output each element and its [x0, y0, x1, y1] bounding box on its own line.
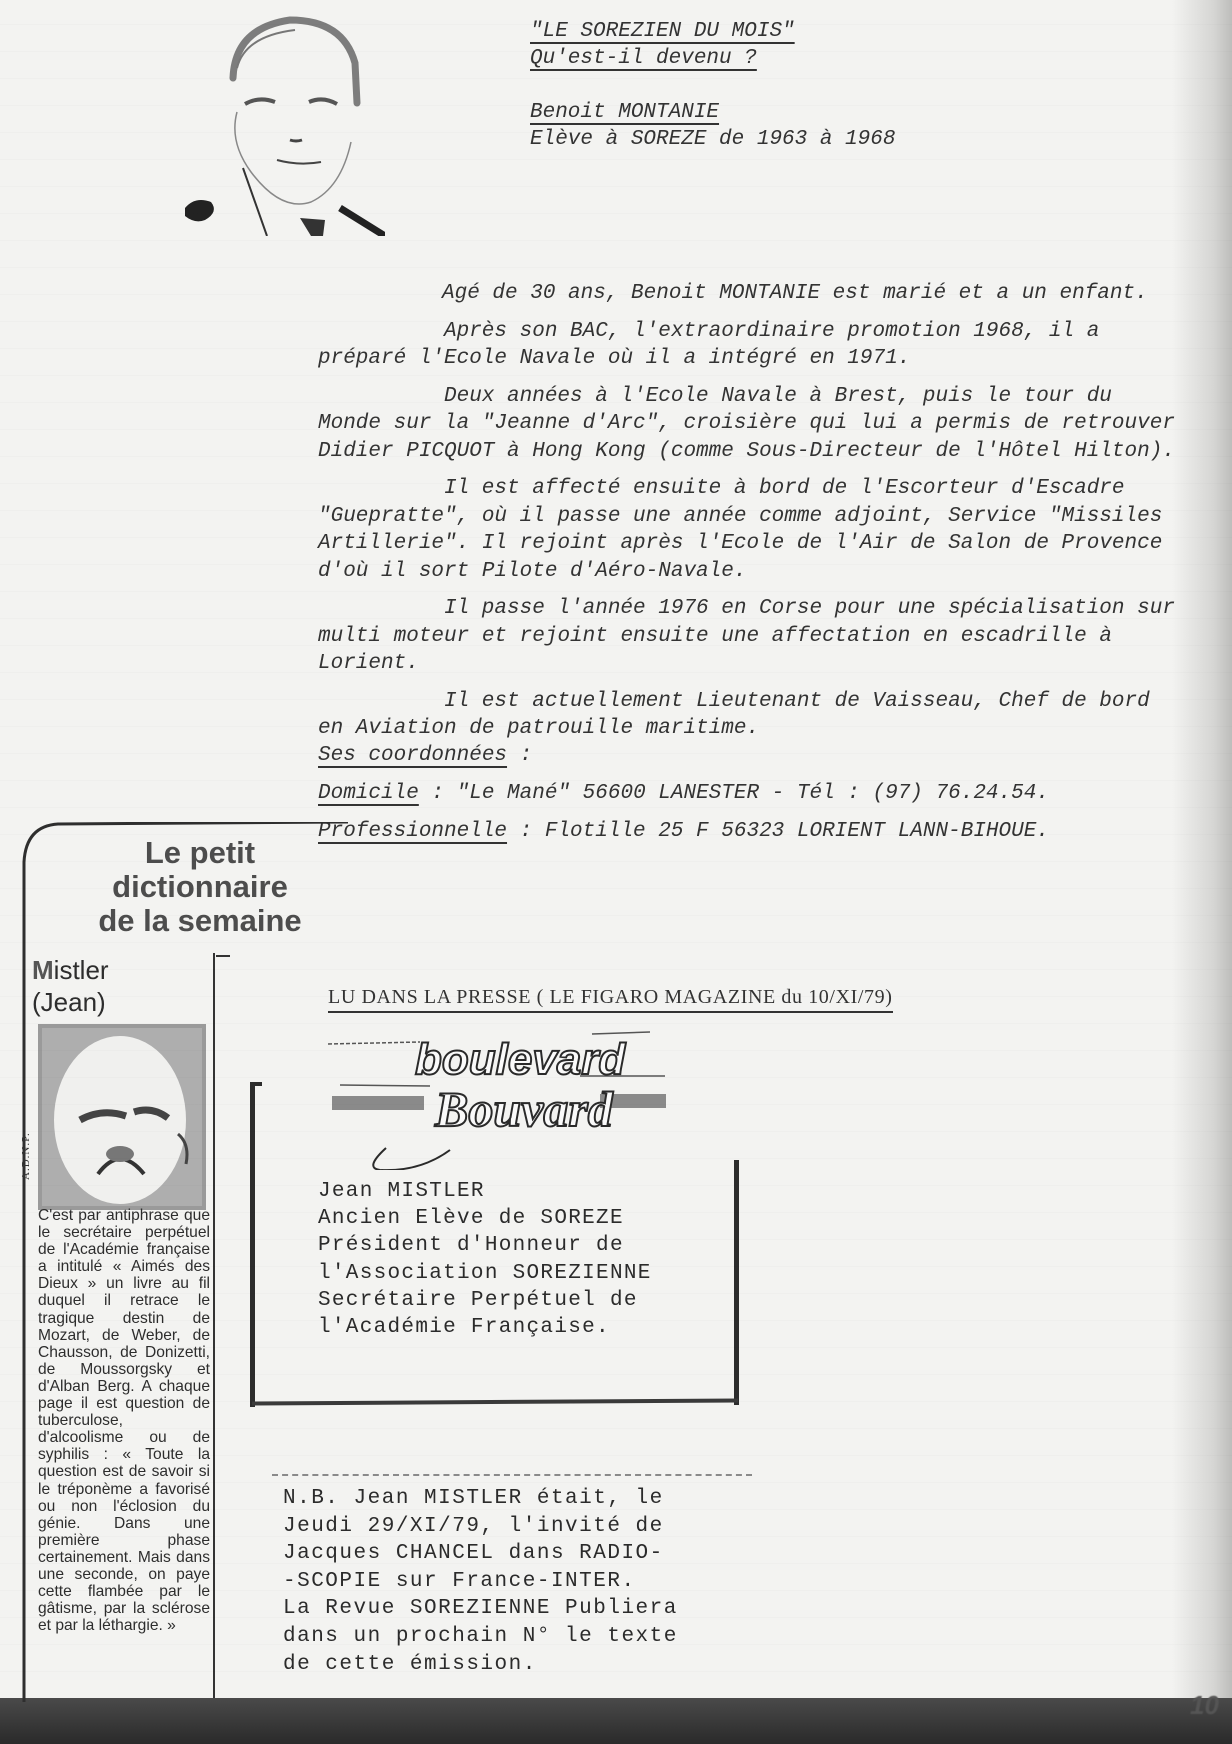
article-body: Agé de 30 ans, Benoit MONTANIE est marié…: [318, 280, 1178, 753]
column-rule: [213, 953, 215, 1698]
column-title: "LE SOREZIEN DU MOIS": [530, 18, 895, 45]
clipping-title-line: de la semaine: [40, 904, 360, 938]
photo-credit: A.D.N.P.: [20, 1132, 32, 1180]
portrait-photo: [185, 8, 385, 236]
note-line: dans un prochain N° le texte: [283, 1623, 678, 1651]
coordinates-heading: Ses coordonnées :: [318, 742, 1178, 769]
quote-box-left-border: [250, 1082, 255, 1407]
title-line: Ancien Elève de SOREZE: [318, 1205, 652, 1232]
work-address: Professionnelle : Flotille 25 F 56323 LO…: [318, 818, 1178, 845]
entry-initial: M: [32, 955, 54, 985]
entry-first-name: (Jean): [32, 986, 109, 1018]
person-years: Elève à SOREZE de 1963 à 1968: [530, 126, 895, 153]
note-line: La Revue SOREZIENNE Publiera: [283, 1595, 678, 1623]
coordinates-colon: :: [507, 744, 532, 767]
work-value: : Flotille 25 F 56323 LORIENT LANN-BIHOU…: [507, 820, 1049, 843]
article-paragraph: Deux années à l'Ecole Navale à Brest, pu…: [318, 383, 1178, 466]
note-line: Jeudi 29/XI/79, l'invité de: [283, 1513, 678, 1541]
mistler-photo: [38, 1024, 206, 1210]
article-paragraph: Agé de 30 ans, Benoit MONTANIE est marié…: [318, 280, 1178, 308]
entry-surname: istler: [54, 955, 109, 985]
title-line: Secrétaire Perpétuel de: [318, 1287, 652, 1314]
article-paragraph: Il est actuellement Lieutenant de Vaisse…: [318, 688, 1178, 743]
article-paragraph: Après son BAC, l'extraordinaire promotio…: [318, 318, 1178, 373]
article-paragraph: Il est affecté ensuite à bord de l'Escor…: [318, 475, 1178, 585]
note-line: -SCOPIE sur France-INTER.: [283, 1568, 678, 1596]
note-line: de cette émission.: [283, 1651, 678, 1679]
mistler-titles: Jean MISTLERAncien Elève de SOREZEPrésid…: [318, 1178, 652, 1341]
clipping-body-text: C'est par antiphrase que le secrétaire p…: [38, 1207, 210, 1634]
clipping-title: Le petit dictionnaire de la semaine: [40, 836, 360, 938]
svg-text:boulevard: boulevard: [415, 1035, 626, 1084]
column-rule-tick: [216, 955, 230, 957]
dictionary-entry-name: Mistler (Jean): [32, 954, 109, 1018]
clipping-title-line: dictionnaire: [40, 870, 360, 904]
home-label: Domicile: [318, 782, 419, 805]
clipping-title-line: Le petit: [40, 836, 360, 870]
quote-box-right-border: [734, 1160, 739, 1405]
page-number: 10: [1190, 1690, 1219, 1721]
title-line: l'Académie Française.: [318, 1314, 652, 1341]
note-line: Jacques CHANCEL dans RADIO-: [283, 1540, 678, 1568]
note-line: N.B. Jean MISTLER était, le: [283, 1485, 678, 1513]
note-block: N.B. Jean MISTLER était, leJeudi 29/XI/7…: [283, 1485, 678, 1678]
column-header: "LE SOREZIEN DU MOIS" Qu'est-il devenu ?…: [530, 18, 895, 153]
svg-text:Bouvard: Bouvard: [434, 1081, 614, 1137]
title-line: l'Association SOREZIENNE: [318, 1260, 652, 1287]
coordinates-label: Ses coordonnées: [318, 744, 507, 767]
article-paragraph: Il passe l'année 1976 en Corse pour une …: [318, 595, 1178, 678]
title-line: Président d'Honneur de: [318, 1232, 652, 1259]
home-address: Domicile : "Le Mané" 56600 LANESTER - Té…: [318, 780, 1178, 807]
press-heading: LU DANS LA PRESSE ( LE FIGARO MAGAZINE d…: [328, 986, 893, 1013]
scanner-background: [0, 1698, 1232, 1744]
column-subtitle: Qu'est-il devenu ?: [530, 45, 895, 72]
page-edge-shadow: [1172, 0, 1232, 1698]
person-name: Benoit MONTANIE: [530, 99, 895, 126]
title-line: Jean MISTLER: [318, 1178, 652, 1205]
note-separator: [272, 1474, 752, 1477]
boulevard-bouvard-logo: boulevard Bouvard: [320, 1030, 710, 1170]
home-value: : "Le Mané" 56600 LANESTER - Tél : (97) …: [419, 782, 1049, 805]
